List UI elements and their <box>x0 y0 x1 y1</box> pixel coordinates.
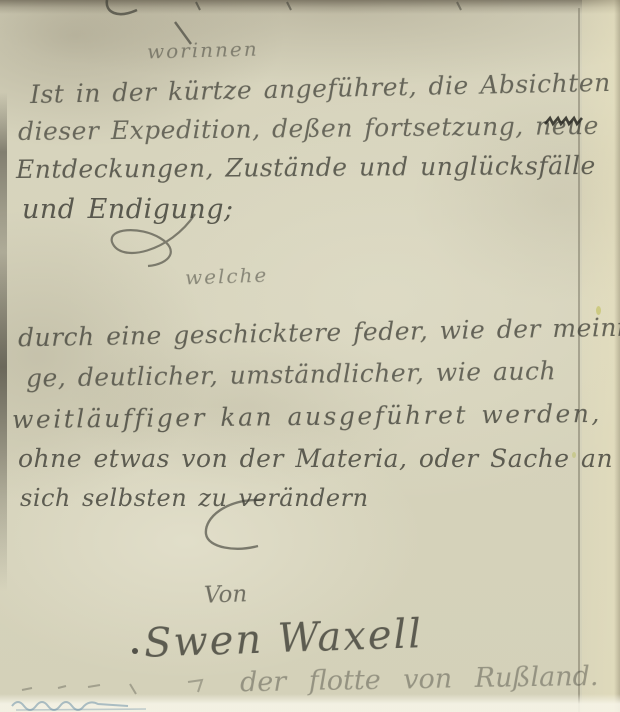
photo-top-edge <box>0 0 620 14</box>
faint-illegible-marks <box>18 676 233 698</box>
paper-right-strip <box>582 0 620 712</box>
manuscript-line: durch eine geschicktere feder, wie der m… <box>18 313 620 353</box>
manuscript-line: ohne etwas von der Materia, oder Sache a… <box>18 444 613 473</box>
ink-dot <box>130 646 140 656</box>
manuscript-line: Entdeckungen, Zustände und unglücksfälle <box>16 151 596 184</box>
manuscript-line: sich selbsten zu verändern <box>20 484 369 512</box>
section-heading-worinnen: worinnen <box>147 37 259 64</box>
manuscript-line: ge, deutlicher, umständlicher, wie auch <box>26 356 556 392</box>
section-heading-welche: welche <box>185 263 269 290</box>
manuscript-line: und Endigung; <box>22 194 234 225</box>
photo-right-edge <box>614 0 620 712</box>
manuscript-line: Ist in der kürtze angeführet, die Absich… <box>30 68 611 109</box>
manuscript-line: dieser Expedition, deßen fortsetzung, ne… <box>18 111 599 146</box>
rank-line: der flotte von Rußland. <box>240 661 599 698</box>
manuscript-line: weitläuffiger kan ausgeführet werden, <box>12 399 602 434</box>
manuscript-page-photo: worinnen Ist in der kürtze angeführet, d… <box>0 0 620 712</box>
blue-pencil-scribble <box>10 698 250 712</box>
byline-von: Von <box>204 581 248 608</box>
photo-left-edge <box>0 92 7 592</box>
author-signature: Swen Waxell <box>143 611 424 667</box>
